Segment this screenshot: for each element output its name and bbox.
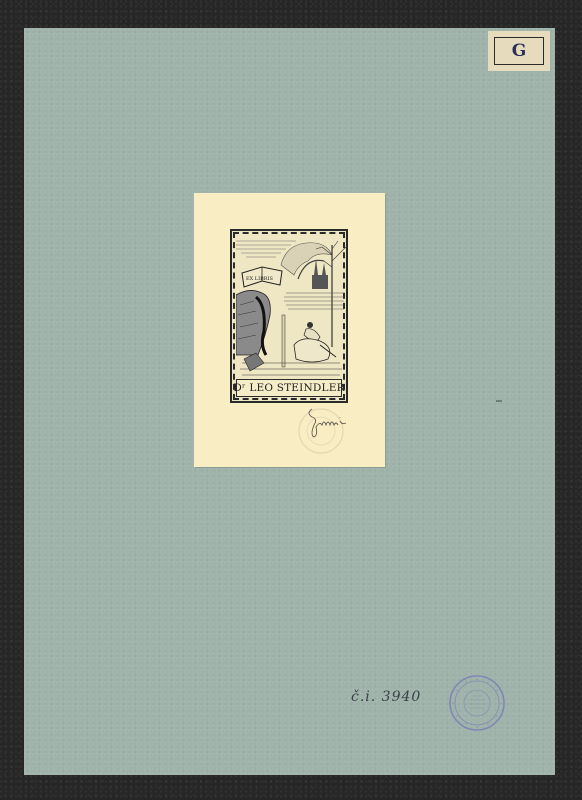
category-letter: G (512, 41, 527, 61)
engraving-illustration-icon: EX LIBRIS (236, 235, 346, 383)
category-label-frame: G (494, 37, 544, 65)
ex-libris-print: EX LIBRIS Dʳ LEO STEINDLER (230, 229, 348, 403)
catalog-number: č.i. 3940 (351, 689, 421, 705)
bookplate-card: EX LIBRIS Dʳ LEO STEINDLER (194, 193, 385, 467)
owner-name-plate: Dʳ LEO STEINDLER (236, 379, 342, 397)
owner-name: Dʳ LEO STEINDLER (233, 382, 344, 394)
board-speck (496, 400, 502, 402)
book-inscription: EX LIBRIS (246, 276, 274, 282)
museum-seal-stamp-icon (448, 674, 506, 732)
category-label: G (488, 31, 550, 71)
pencil-signature-icon (304, 405, 354, 439)
